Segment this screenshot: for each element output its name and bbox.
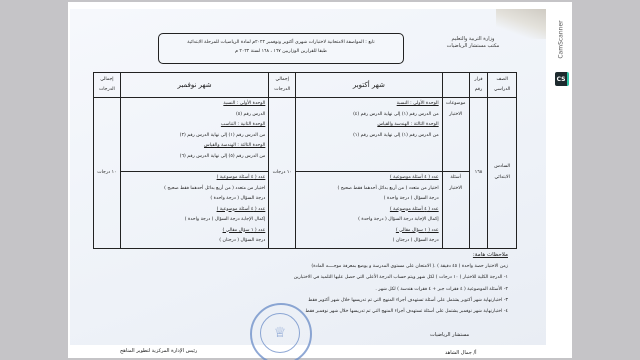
header-october: شهر أكتوبر: [296, 73, 443, 98]
header-blank: [442, 73, 469, 98]
office-name: مكتب مستشار الرياضيات: [440, 43, 506, 50]
november-topic: من الدرس رقم (٥) إلى نهاية الدرس رقم (٦): [124, 152, 266, 163]
note-item: ٣- اختبارنهاية شهر أكتوبر يشتمل على أسئل…: [200, 295, 508, 306]
question-spec: عدد ( ٤ أسئلة موضوعية ): [299, 173, 439, 184]
row-label-questions: أسئلة الاختبار: [442, 172, 469, 249]
advisor-name: أ/ جمال الشاهد: [445, 350, 477, 356]
camscanner-text: CamScanner: [558, 18, 565, 62]
row-label-topics: موضوعات الاختبار: [442, 98, 469, 172]
advisor-signature-block: مستشار الرياضيات: [430, 332, 469, 338]
november-topic: من الدرس رقم (١) إلى نهاية الدرس رقم (٢): [124, 131, 266, 142]
exam-spec-table: الصف الدراسي قرار رقم شهر أكتوبر إجمالي …: [93, 72, 517, 249]
eagle-emblem-icon: ♕: [260, 313, 300, 353]
table-header-row: الصف الدراسي قرار رقم شهر أكتوبر إجمالي …: [94, 73, 517, 98]
question-spec: درجة السؤال ( درجتان ): [299, 236, 439, 247]
question-spec: عدد ( ١ سؤال مقالي ): [299, 226, 439, 237]
october-topic: من الدرس رقم (١) إلى نهاية الدرس رقم (١): [299, 131, 439, 142]
question-spec: درجة السؤال ( درجة واحدة ): [299, 194, 439, 205]
table-row-questions: أسئلة الاختبار عدد ( ٤ أسئلة موضوعية ) ا…: [94, 172, 517, 249]
november-topic: الوحدة الثالثة : الهندسة والقياس: [124, 141, 266, 152]
page-fold-shadow: [496, 9, 546, 39]
grade-cell: السادس الابتدائي: [488, 98, 517, 249]
header-november-total: إجمالي الدرجات: [94, 73, 121, 98]
october-topic: من الدرس رقم (١) إلى نهاية الدرس رقم (٤): [299, 110, 439, 121]
note-item: ٤- اختبارنهاية شهر نوفمبر يشتمل على أسئل…: [200, 306, 508, 317]
ministry-header: وزارة التربية والتعليم مكتب مستشار الريا…: [440, 36, 506, 50]
october-topic: الوحدة الثالثة : الهندسة والقياس: [299, 120, 439, 131]
header-grade: الصف الدراسي: [488, 73, 517, 98]
note-item: ١- الدرجة الكلية للاختبار ( ١٠ درجات ) ل…: [200, 272, 508, 283]
november-questions-cell: عدد ( ٤ أسئلة موضوعية ) اختيار من متعدد …: [120, 172, 269, 249]
question-spec: درجة السؤال ( درجة واحدة ): [124, 194, 266, 205]
advisor-title: مستشار الرياضيات: [430, 332, 469, 338]
camscanner-logo-icon: CS: [555, 72, 569, 86]
question-spec: اختيار من متعدد ( من أربع بدائل أحدهما ف…: [124, 184, 266, 195]
question-spec: عدد ( ١ سؤال مقالي ): [124, 226, 266, 237]
notes-section: ملاحظات هامة: زمن الاختبار حصة واحدة ( ٤…: [200, 250, 508, 317]
advisor-name-block: أ/ جمال الشاهد: [445, 350, 477, 356]
header-october-total: إجمالي الدرجات: [269, 73, 296, 98]
head-title: رئيس الإدارة المركزية لتطوير المناهج: [120, 348, 197, 354]
question-spec: عدد ( ٤ أسئلة موضوعية ): [124, 173, 266, 184]
november-topic: الوحدة الثانية : التناسب: [124, 120, 266, 131]
november-total-cell: ١٠ درجات: [94, 98, 121, 249]
official-stamp: ♕: [250, 303, 312, 360]
question-spec: عدد ( ٤ أسئلة موضوعية ): [124, 205, 266, 216]
october-topic: الوحدة الأولى : النسبة: [299, 99, 439, 110]
head-signature-block: رئيس الإدارة المركزية لتطوير المناهج: [120, 348, 197, 354]
october-total-cell: ١٠ درجات: [269, 98, 296, 249]
november-topic: الدرس رقم (٥): [124, 110, 266, 121]
decree-cell: ١٦٨: [469, 98, 488, 249]
question-spec: إكمال الإجابة درجة السؤال ( درجة واحدة ): [299, 215, 439, 226]
camscanner-watermark: CamScanner CS: [553, 10, 571, 90]
november-topics-cell: الوحدة الأولى : النسبة الدرس رقم (٥) الو…: [120, 98, 269, 172]
header-decree: قرار رقم: [469, 73, 488, 98]
october-topics-cell: الوحدة الأولى : النسبة من الدرس رقم (١) …: [296, 98, 443, 172]
november-topic: الوحدة الأولى : النسبة: [124, 99, 266, 110]
document-title-box: تابع : المواصفة الامتحانية لاختبارات شهر…: [158, 33, 404, 64]
title-line-2: طبقا للقرارين الوزاريين ١٦٧ ، ١٦٨ لسنة ٢…: [159, 47, 403, 56]
title-line-1: تابع : المواصفة الامتحانية لاختبارات شهر…: [159, 38, 403, 47]
ministry-name: وزارة التربية والتعليم: [440, 36, 506, 43]
note-item: زمن الاختبار حصة واحدة ( ٤٥ دقيقة ) .( ا…: [200, 261, 508, 272]
question-spec: درجة السؤال ( درجتان ): [124, 236, 266, 247]
question-spec: إكمال الإجابة درجة السؤال ( درجة واحدة ): [124, 215, 266, 226]
note-item: ٢- الأسئلة الموضوعية ( ٤ فقرات جبر + ٤ ف…: [200, 284, 508, 295]
question-spec: عدد ( ٤ أسئلة موضوعية ): [299, 205, 439, 216]
notes-heading: ملاحظات هامة:: [200, 250, 508, 261]
header-november: شهر نوفمبر: [120, 73, 269, 98]
october-questions-cell: عدد ( ٤ أسئلة موضوعية ) اختيار من متعدد …: [296, 172, 443, 249]
table-row-topics: السادس الابتدائي ١٦٨ موضوعات الاختبار ال…: [94, 98, 517, 172]
question-spec: اختيار من متعدد ( من أربع بدائل أحدهما ف…: [299, 184, 439, 195]
